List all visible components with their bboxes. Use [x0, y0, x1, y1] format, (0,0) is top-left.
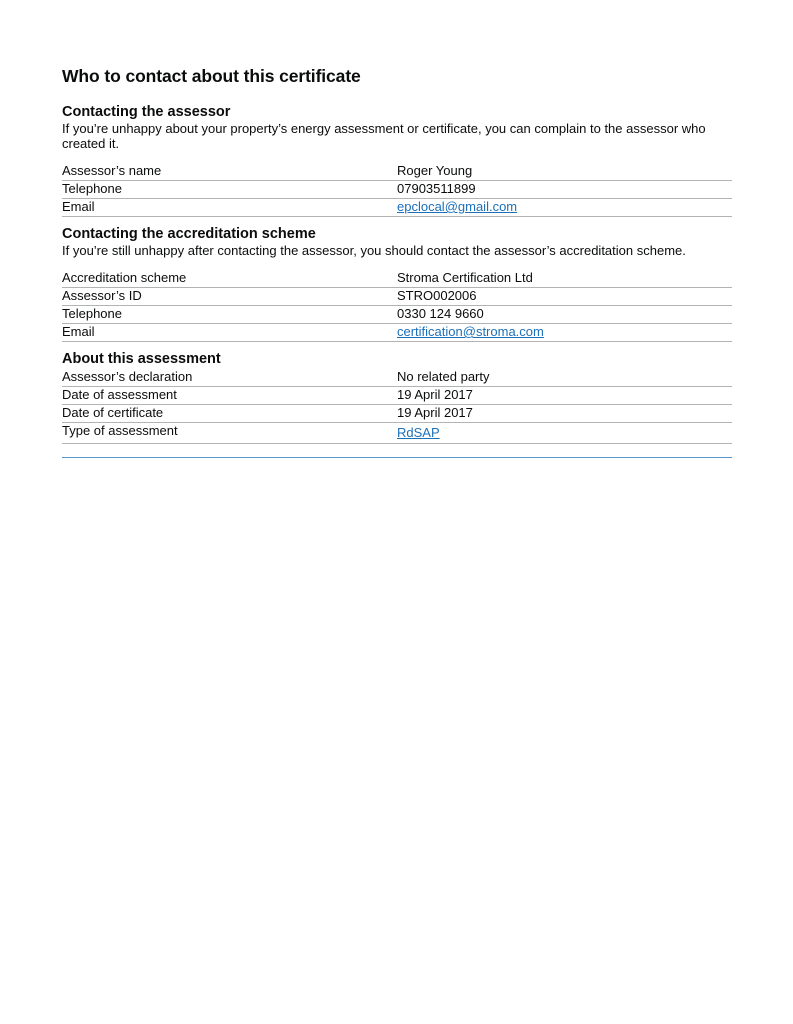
- assessor-id: STRO002006: [397, 288, 732, 306]
- row-label: Assessor’s name: [62, 162, 397, 181]
- assessor-heading: Contacting the assessor: [62, 104, 732, 121]
- about-heading: About this assessment: [62, 351, 732, 368]
- row-label: Date of assessment: [62, 387, 397, 405]
- row-label: Email: [62, 324, 397, 342]
- assessor-section: Contacting the assessor If you’re unhapp…: [62, 104, 732, 217]
- table-row: Assessor’s ID STRO002006: [62, 288, 732, 306]
- about-section: About this assessment Assessor’s declara…: [62, 351, 732, 458]
- table-row: Type of assessment RdSAP: [62, 423, 732, 444]
- row-label: Telephone: [62, 181, 397, 199]
- scheme-intro: If you’re still unhappy after contacting…: [62, 243, 732, 258]
- scheme-email-link[interactable]: certification@stroma.com: [397, 324, 544, 339]
- scheme-telephone: 0330 124 9660: [397, 306, 732, 324]
- assessor-declaration: No related party: [397, 368, 732, 387]
- row-label: Assessor’s declaration: [62, 368, 397, 387]
- row-label: Email: [62, 199, 397, 217]
- value-cell: RdSAP: [397, 423, 732, 444]
- row-label: Assessor’s ID: [62, 288, 397, 306]
- assessor-email-link[interactable]: epclocal@gmail.com: [397, 199, 517, 214]
- table-row: Date of assessment 19 April 2017: [62, 387, 732, 405]
- scheme-table: Accreditation scheme Stroma Certificatio…: [62, 269, 732, 342]
- table-row: Assessor’s name Roger Young: [62, 162, 732, 181]
- scheme-section: Contacting the accreditation scheme If y…: [62, 226, 732, 342]
- table-row: Assessor’s declaration No related party: [62, 368, 732, 387]
- value-cell: certification@stroma.com: [397, 324, 732, 342]
- table-row: Date of certificate 19 April 2017: [62, 405, 732, 423]
- row-label: Type of assessment: [62, 423, 397, 444]
- assessor-telephone: 07903511899: [397, 181, 732, 199]
- value-cell: epclocal@gmail.com: [397, 199, 732, 217]
- table-row: Telephone 07903511899: [62, 181, 732, 199]
- about-table: Assessor’s declaration No related party …: [62, 368, 732, 444]
- table-row: Email epclocal@gmail.com: [62, 199, 732, 217]
- assessment-type-link[interactable]: RdSAP: [397, 423, 440, 441]
- certificate-contact-page: Who to contact about this certificate Co…: [62, 66, 732, 458]
- section-divider: [62, 457, 732, 458]
- assessor-name: Roger Young: [397, 162, 732, 181]
- page-title: Who to contact about this certificate: [62, 66, 732, 87]
- table-row: Email certification@stroma.com: [62, 324, 732, 342]
- assessor-table: Assessor’s name Roger Young Telephone 07…: [62, 162, 732, 217]
- scheme-name: Stroma Certification Ltd: [397, 269, 732, 288]
- scheme-heading: Contacting the accreditation scheme: [62, 226, 732, 243]
- row-label: Telephone: [62, 306, 397, 324]
- date-of-certificate: 19 April 2017: [397, 405, 732, 423]
- date-of-assessment: 19 April 2017: [397, 387, 732, 405]
- table-row: Accreditation scheme Stroma Certificatio…: [62, 269, 732, 288]
- row-label: Date of certificate: [62, 405, 397, 423]
- row-label: Accreditation scheme: [62, 269, 397, 288]
- assessor-intro: If you’re unhappy about your property’s …: [62, 121, 732, 151]
- table-row: Telephone 0330 124 9660: [62, 306, 732, 324]
